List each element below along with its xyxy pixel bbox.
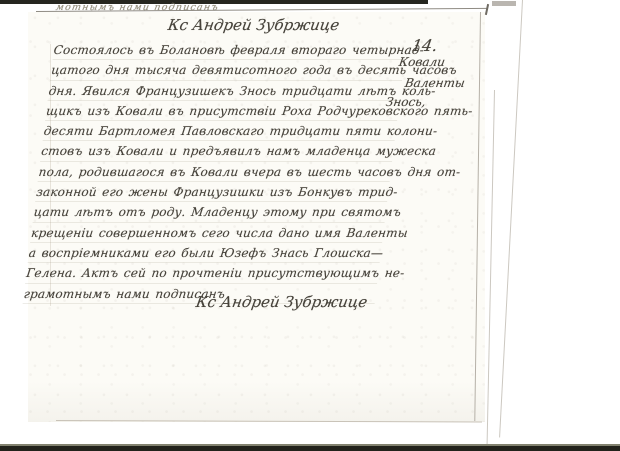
scan-crop-hook-mark xyxy=(485,4,489,15)
handwritten-line: крещеніи совершенномъ сего числа дано им… xyxy=(30,223,384,243)
handwritten-line: Гелена. Актъ сей по прочтеніи присутству… xyxy=(25,263,379,283)
handwritten-record-body: Состоялось въ Болановѣ февраля втораго ч… xyxy=(23,40,407,304)
bottom-scan-bar xyxy=(0,444,620,451)
handwritten-line: цати лѣтъ отъ роду. Младенцу этому при с… xyxy=(33,202,387,222)
top-scan-smudge xyxy=(492,1,516,6)
previous-record-cutoff-text: мотнымъ нами подписанъ xyxy=(55,2,220,13)
handwritten-line: пола, родившагося въ Ковали вчера въ шес… xyxy=(38,162,392,182)
handwritten-line: а воспріемниками его были Юзефъ Знась Гл… xyxy=(28,243,382,263)
scan-artifact-line xyxy=(487,90,495,447)
handwritten-line: Состоялось въ Болановѣ февраля втораго ч… xyxy=(53,40,407,60)
handwritten-line: стовъ изъ Ковали и предъявилъ намъ младе… xyxy=(40,141,394,161)
handwritten-line: цатого дня тысяча девятисотного года въ … xyxy=(50,60,404,80)
handwritten-line: дня. Явился Французишекъ Знось тридцати … xyxy=(48,81,402,101)
header-priest-signature: Кс Андрей Зубржице xyxy=(167,16,341,34)
handwritten-line: законной его жены Французишки изъ Бонкув… xyxy=(35,182,389,202)
handwritten-line: десяти Бартломея Павловскаго тридцати пя… xyxy=(43,121,397,141)
scan-artifact-line xyxy=(499,0,523,437)
handwritten-line: щикъ изъ Ковали въ присутствіи Роха Родч… xyxy=(45,101,399,121)
footer-priest-signature: Кс Андрей Зубржице xyxy=(195,293,369,311)
